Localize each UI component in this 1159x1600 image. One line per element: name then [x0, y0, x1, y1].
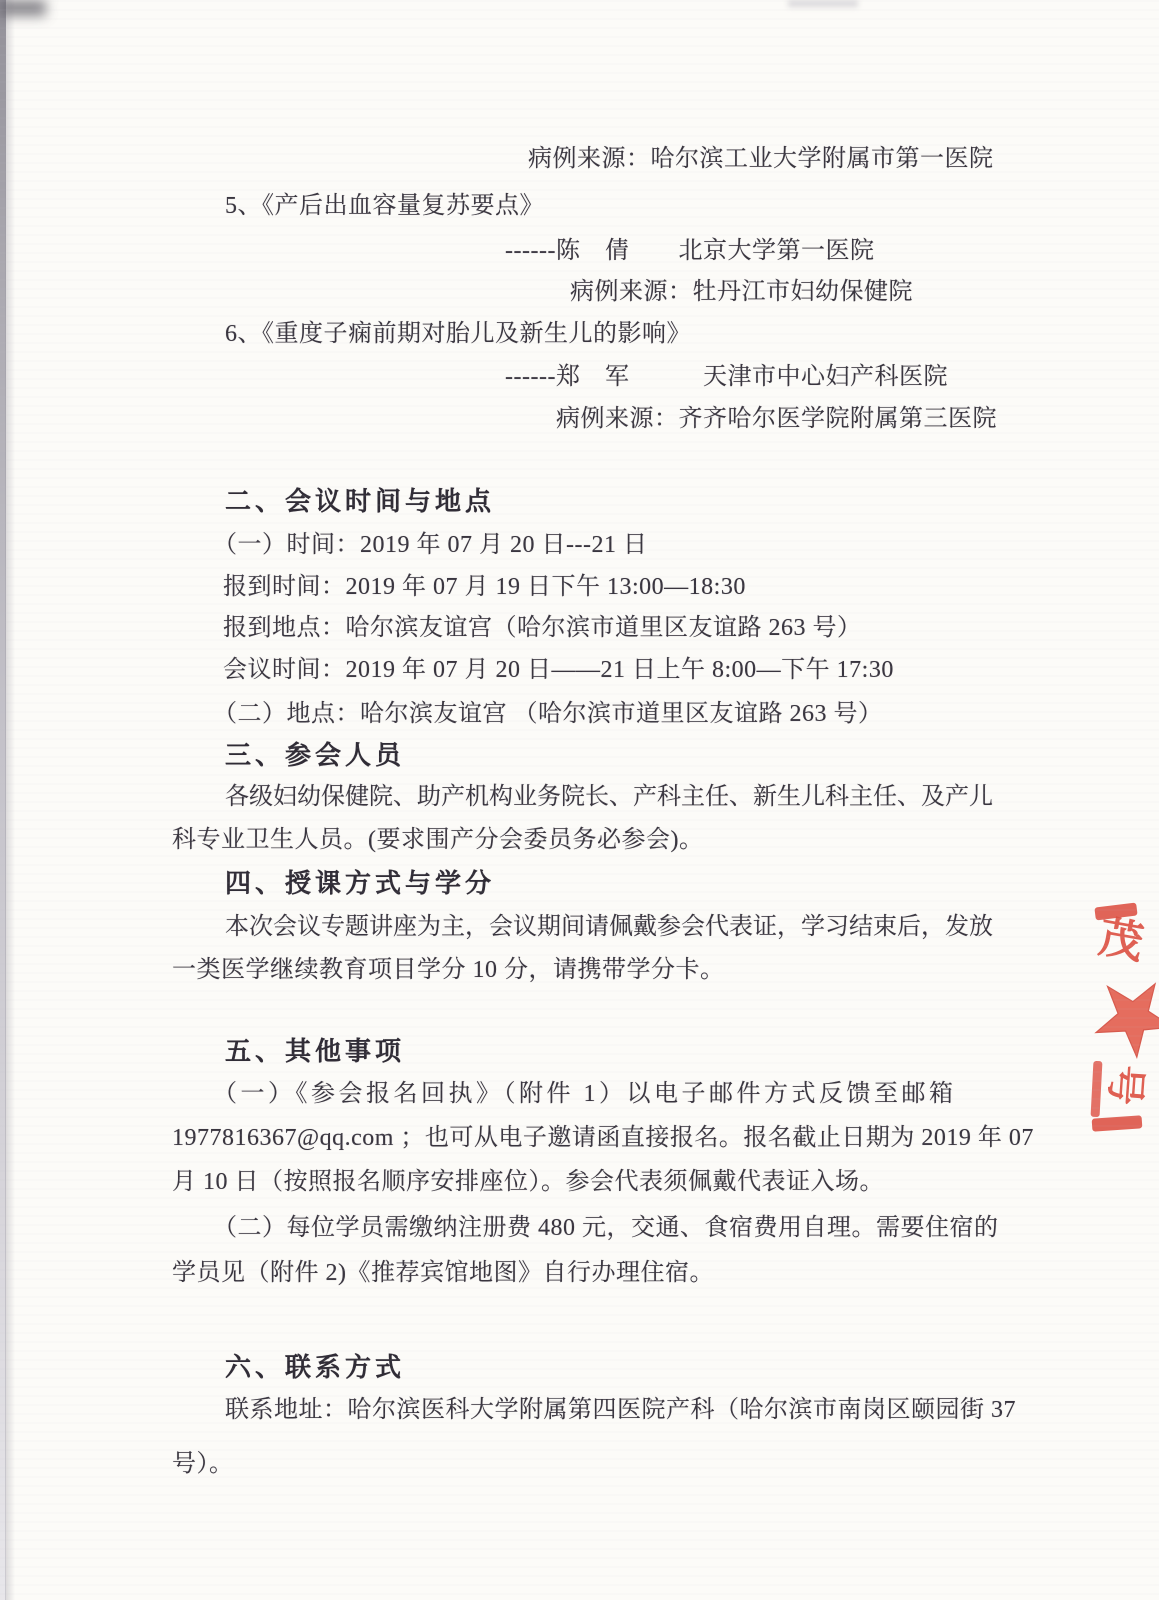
section-heading: 五、其他事项	[225, 1036, 405, 1067]
document-page: 病例来源：哈尔滨工业大学附属市第一医院5、《产后出血容量复苏要点》------陈…	[0, 0, 1159, 1600]
section-heading: 六、联系方式	[225, 1352, 405, 1383]
stamp-character-bottom: 号	[1104, 1064, 1147, 1107]
text-line: 1977816367@qq.com ；也可从电子邀请函直接报名。报名截止日期为 …	[172, 1124, 1034, 1153]
text-line: 5、《产后出血容量复苏要点》	[225, 192, 544, 221]
stamp-star-icon	[1086, 968, 1159, 1067]
stamp-arc-top	[1094, 902, 1137, 920]
text-line: （二）每位学员需缴纳注册费 480 元，交通、食宿费用自理。需要住宿的	[213, 1214, 999, 1243]
text-line: （二）地点：哈尔滨友谊宫 （哈尔滨市道里区友谊路 263 号）	[213, 700, 883, 729]
text-line: ------郑 军 天津市中心妇产科医院	[505, 363, 948, 392]
stamp-arc-bottom	[1092, 1115, 1143, 1131]
text-line: 联系地址：哈尔滨医科大学附属第四医院产科（哈尔滨市南岗区颐园街 37	[225, 1396, 1016, 1425]
text-line: （一）时间：2019 年 07 月 20 日---21 日	[213, 531, 647, 560]
text-line: 报到地点：哈尔滨友谊宫（哈尔滨市道里区友谊路 263 号）	[223, 614, 862, 643]
text-line: 本次会议专题讲座为主，会议期间请佩戴参会代表证，学习结束后，发放	[225, 913, 993, 942]
stamp-arc-left	[1091, 1061, 1103, 1117]
text-line: 一类医学继续教育项目学分 10 分，请携带学分卡。	[172, 956, 725, 985]
scan-corner-shadow	[0, 0, 46, 16]
red-seal-stamp: 茂 号	[1085, 893, 1159, 1141]
text-line: 病例来源：齐齐哈尔医学院附属第三医院	[556, 405, 997, 434]
scan-top-smudge	[788, 0, 858, 7]
text-line: 月 10 日（按照报名顺序安排座位）。参会代表须佩戴代表证入场。	[172, 1168, 884, 1197]
section-heading: 二、会议时间与地点	[225, 486, 495, 517]
stamp-character-top: 茂	[1096, 916, 1147, 967]
section-heading: 三、参会人员	[225, 740, 405, 771]
text-line: （一）《参会报名回执》（附件 1）以电子邮件方式反馈至邮箱	[213, 1080, 957, 1109]
text-line: 科专业卫生人员。(要求围产分会委员务必参会)。	[172, 826, 703, 855]
text-line: 学员见（附件 2)《推荐宾馆地图》自行办理住宿。	[172, 1259, 714, 1288]
text-line: ------陈 倩 北京大学第一医院	[505, 237, 874, 266]
text-line: 6、《重度子痫前期对胎儿及新生儿的影响》	[225, 320, 691, 349]
text-line: 会议时间：2019 年 07 月 20 日——21 日上午 8:00—下午 17…	[223, 656, 894, 685]
text-line: 病例来源：哈尔滨工业大学附属市第一医院	[528, 145, 994, 174]
section-heading: 四、授课方式与学分	[225, 868, 495, 899]
text-line: 各级妇幼保健院、助产机构业务院长、产科主任、新生儿科主任、及产儿	[225, 783, 993, 812]
text-line: 报到时间：2019 年 07 月 19 日下午 13:00—18:30	[223, 573, 746, 602]
text-line: 号）。	[172, 1450, 234, 1479]
scan-left-edge-soft	[5, 0, 15, 1600]
text-line: 病例来源：牡丹江市妇幼保健院	[570, 278, 913, 307]
